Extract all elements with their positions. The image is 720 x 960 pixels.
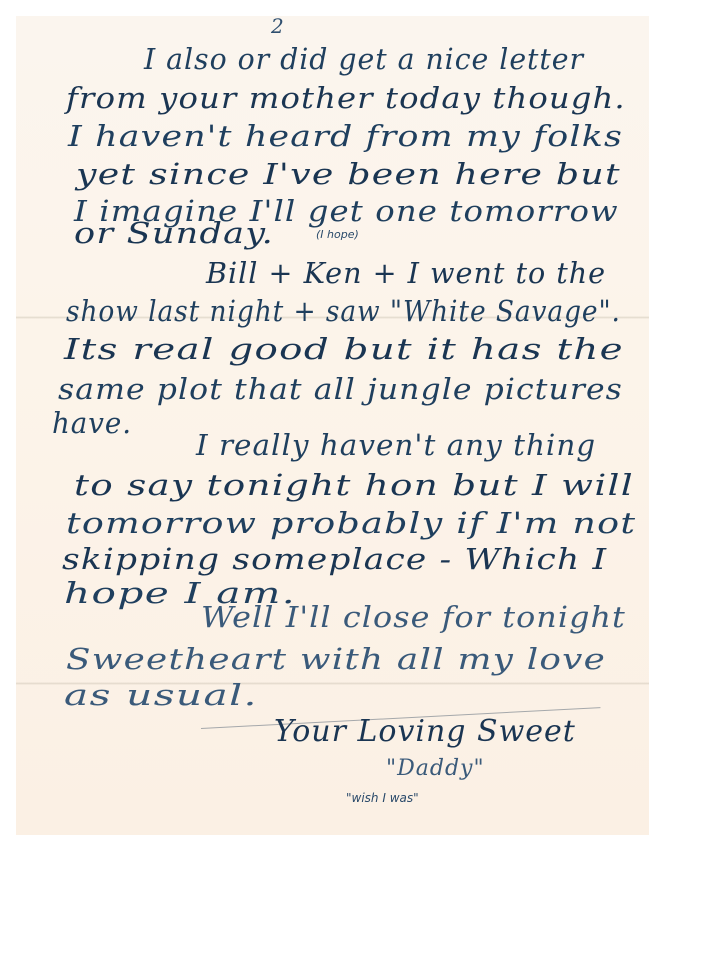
signature-nickname: "Daddy" [386,756,485,781]
letter-line: Well I'll close for tonight [201,600,626,634]
letter-line: Its real good but it has the [64,332,624,366]
letter-line: or Sunday. [74,216,274,250]
letter-line: as usual. [64,678,258,712]
page-number: 2 [271,16,284,38]
letter-line: I really haven't any thing [196,428,596,462]
letter-line: I haven't heard from my folks [68,119,623,153]
letter-page: 2 I also or did get a nice letter from y… [16,16,649,835]
letter-line: yet since I've been here but [76,157,621,191]
letter-line: Sweetheart with all my love [66,642,606,676]
margin-annotation: (I hope) [316,228,359,241]
letter-line: show last night + saw "White Savage". [66,294,621,328]
letter-line: from your mother today though. [66,81,626,115]
letter-line: same plot that all jungle pictures [58,372,623,406]
letter-line: skipping someplace - Which I [62,542,607,576]
letter-line: tomorrow probably if I'm not [66,506,636,540]
postscript: "wish I was" [346,791,419,805]
letter-line: Bill + Ken + I went to the [206,256,606,290]
letter-line: to say tonight hon but I will [74,468,634,502]
letter-line: I also or did get a nice letter [144,42,584,76]
letter-line: have. [52,406,132,440]
signature: Your Loving Sweet [274,714,576,749]
